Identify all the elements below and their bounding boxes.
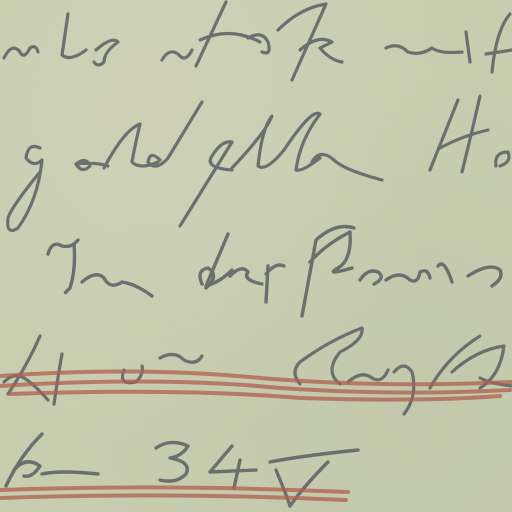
line-3-handwriting bbox=[48, 227, 501, 317]
line-1-handwriting bbox=[4, 2, 512, 80]
line-2-handwriting bbox=[8, 96, 509, 230]
red-underline-line-5 bbox=[0, 487, 348, 500]
handwriting-layer bbox=[0, 0, 512, 512]
red-strikethrough-line-4 bbox=[0, 371, 512, 399]
